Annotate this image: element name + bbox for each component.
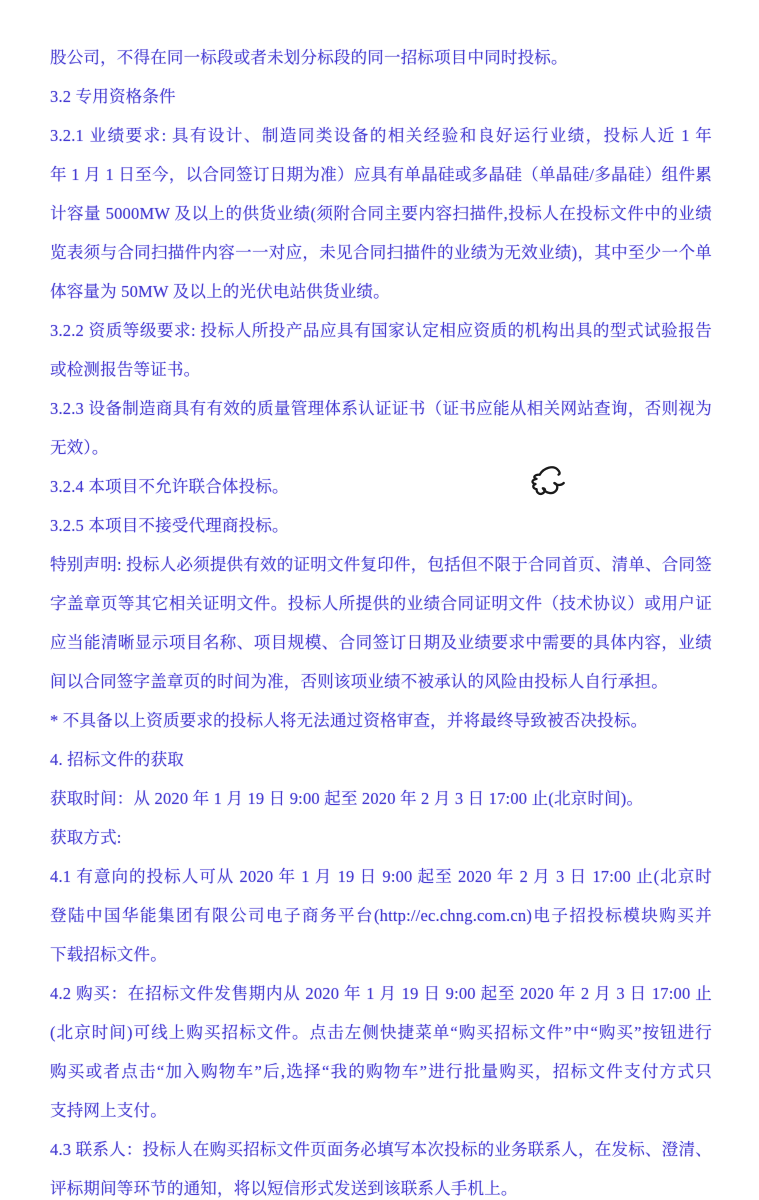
text-line: 3.2.2 资质等级要求: 投标人所投产品应具有国家认定相应资质的机构出具的型式… — [50, 311, 712, 350]
text-line: 览表须与合同扫描件内容一一对应，未见合同扫描件的业绩为无效业绩)，其中至少一个单 — [50, 233, 712, 272]
text-line: 3.2.3 设备制造商具有有效的质量管理体系认证证书（证书应能从相关网站查询，否… — [50, 389, 712, 428]
text-line: 3.2.1 业绩要求: 具有设计、制造同类设备的相关经验和良好运行业绩，投标人近… — [50, 116, 712, 155]
text-line: * 不具备以上资质要求的投标人将无法通过资格审查，并将最终导致被否决投标。 — [50, 701, 712, 740]
text-line: 获取方式: — [50, 818, 712, 857]
text-line: 3.2 专用资格条件 — [50, 77, 712, 116]
text-line: 4.1 有意向的投标人可从 2020 年 1 月 19 日 9:00 起至 20… — [50, 857, 712, 896]
text-line: 计容量 5000MW 及以上的供货业绩(须附合同主要内容扫描件,投标人在投标文件… — [50, 194, 712, 233]
scanned-tender-document-page: 股公司，不得在同一标段或者未划分标段的同一招标项目中同时投标。3.2 专用资格条… — [0, 0, 759, 1200]
text-line: 获取时间：从 2020 年 1 月 19 日 9:00 起至 2020 年 2 … — [50, 779, 712, 818]
text-line: 体容量为 50MW 及以上的光伏电站供货业绩。 — [50, 272, 712, 311]
text-line: 应当能清晰显示项目名称、项目规模、合同签订日期及业绩要求中需要的具体内容，业绩时 — [50, 623, 712, 662]
text-line: 登陆中国华能集团有限公司电子商务平台(http://ec.chng.com.cn… — [50, 896, 712, 935]
document-text-block: 股公司，不得在同一标段或者未划分标段的同一招标项目中同时投标。3.2 专用资格条… — [50, 38, 712, 1200]
text-line: 评标期间等环节的通知，将以短信形式发送到该联系人手机上。 — [50, 1169, 712, 1200]
text-line: 股公司，不得在同一标段或者未划分标段的同一招标项目中同时投标。 — [50, 38, 712, 77]
text-line: 特别声明: 投标人必须提供有效的证明文件复印件，包括但不限于合同首页、清单、合同… — [50, 545, 712, 584]
text-line: 或检测报告等证书。 — [50, 350, 712, 389]
text-line: 4.3 联系人：投标人在购买招标文件页面务必填写本次投标的业务联系人，在发标、澄… — [50, 1130, 712, 1169]
text-line: 下载招标文件。 — [50, 935, 712, 974]
text-line: 年 1 月 1 日至今，以合同签订日期为准）应具有单晶硅或多晶硅（单晶硅/多晶硅… — [50, 155, 712, 194]
text-line: 3.2.5 本项目不接受代理商投标。 — [50, 506, 712, 545]
text-line: 4.2 购买：在招标文件发售期内从 2020 年 1 月 19 日 9:00 起… — [50, 974, 712, 1013]
text-line: 无效）。 — [50, 428, 712, 467]
text-line: 购买或者点击“加入购物车”后,选择“我的购物车”进行批量购买，招标文件支付方式只 — [50, 1052, 712, 1091]
text-line: 支持网上支付。 — [50, 1091, 712, 1130]
text-line: (北京时间)可线上购买招标文件。点击左侧快捷菜单“购买招标文件”中“购买”按钮进… — [50, 1013, 712, 1052]
text-line: 字盖章页等其它相关证明文件。投标人所提供的业绩合同证明文件（技术协议）或用户证明 — [50, 584, 712, 623]
text-line: 间以合同签字盖章页的时间为准，否则该项业绩不被承认的风险由投标人自行承担。 — [50, 662, 712, 701]
text-line: 3.2.4 本项目不允许联合体投标。 — [50, 467, 712, 506]
ink-scribble-mark — [524, 461, 570, 505]
text-line: 4. 招标文件的获取 — [50, 740, 712, 779]
